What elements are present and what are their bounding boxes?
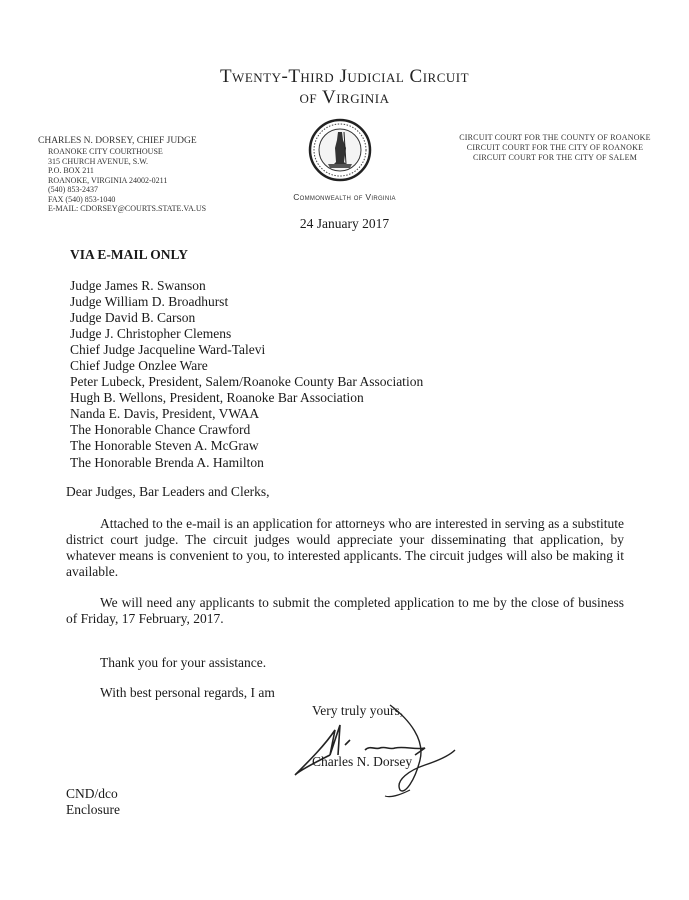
signature-icon (290, 700, 460, 800)
virginia-seal-icon (308, 118, 372, 182)
reference-initials: CND/dco (66, 786, 120, 802)
delivery-method: VIA E-MAIL ONLY (70, 247, 188, 263)
body-paragraph-1: Attached to the e-mail is an application… (66, 516, 624, 580)
recipient: Hugh B. Wellons, President, Roanoke Bar … (70, 390, 423, 406)
enclosure-note: Enclosure (66, 802, 120, 818)
sender-address-line: Roanoke, Virginia 24002-0211 (38, 176, 206, 186)
court-line: Circuit Court for the County of Roanoke (430, 133, 680, 143)
recipient: Judge David B. Carson (70, 310, 423, 326)
body-paragraph-2: We will need any applicants to submit th… (66, 595, 624, 627)
letter-date: 24 January 2017 (0, 216, 689, 232)
recipient: Judge J. Christopher Clemens (70, 326, 423, 342)
court-line: Circuit Court for the City of Roanoke (430, 143, 680, 153)
sender-email: E-mail: cdorsey@courts.state.va.us (38, 204, 206, 214)
court-line: Circuit Court for the City of Salem (430, 153, 680, 163)
recipient: The Honorable Steven A. McGraw (70, 438, 423, 454)
recipient: Chief Judge Onzlee Ware (70, 358, 423, 374)
recipient: The Honorable Chance Crawford (70, 422, 423, 438)
letterhead-subtitle: of Virginia (0, 87, 689, 109)
salutation: Dear Judges, Bar Leaders and Clerks, (66, 484, 270, 500)
courts-block: Circuit Court for the County of Roanoke … (430, 133, 680, 163)
sender-name: Charles N. Dorsey, Chief Judge (38, 136, 206, 147)
recipient: Judge William D. Broadhurst (70, 294, 423, 310)
recipient: The Honorable Brenda A. Hamilton (70, 455, 423, 471)
recipient-list: Judge James R. Swanson Judge William D. … (70, 278, 423, 471)
sender-address-line: P.O. Box 211 (38, 166, 206, 176)
seal-caption: Commonwealth of Virginia (0, 192, 689, 202)
sender-address-line: Roanoke City Courthouse (38, 147, 206, 157)
thanks-line: Thank you for your assistance. (100, 655, 266, 671)
sender-address-line: 315 Church Avenue, S.W. (38, 157, 206, 167)
recipient: Peter Lubeck, President, Salem/Roanoke C… (70, 374, 423, 390)
recipient: Chief Judge Jacqueline Ward-Talevi (70, 342, 423, 358)
regards-line: With best personal regards, I am (100, 685, 275, 701)
recipient: Judge James R. Swanson (70, 278, 423, 294)
reference-block: CND/dco Enclosure (66, 786, 120, 818)
recipient: Nanda E. Davis, President, VWAA (70, 406, 423, 422)
signer-name: Charles N. Dorsey (312, 754, 412, 770)
letterhead-title: Twenty-Third Judicial Circuit (0, 66, 689, 88)
